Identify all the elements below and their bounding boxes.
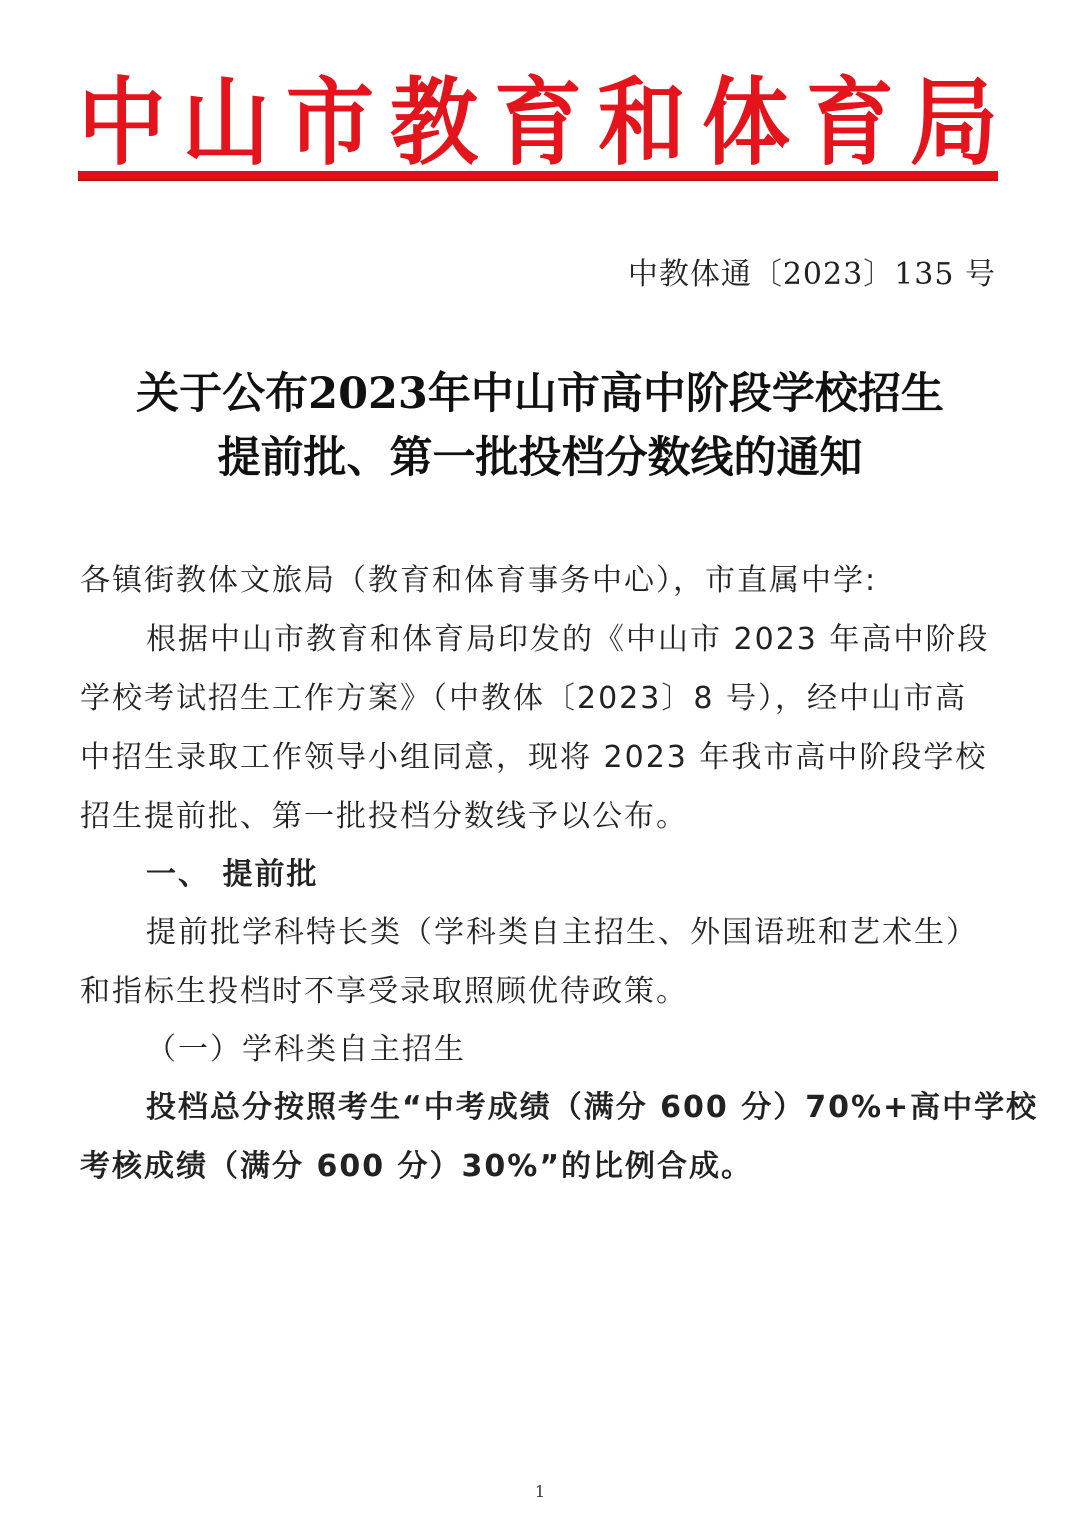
paragraph-2-line: 和指标生投档时不享受录取照顾优待政策。 <box>80 963 688 1021</box>
addressee-line: 各镇街教体文旅局（教育和体育事务中心），市直属中学: <box>80 552 877 610</box>
paragraph-1-line: 中招生录取工作领导小组同意，现将 2023 年我市高中阶段学校 <box>80 729 987 787</box>
masthead-char: 育 <box>494 68 582 176</box>
masthead-char: 育 <box>806 68 894 176</box>
paragraph-1-line: 学校考试招生工作方案》（中教体〔2023〕8 号），经中山市高 <box>80 670 967 728</box>
paragraph-1-line: 招生提前批、第一批投档分数线予以公布。 <box>80 788 688 846</box>
section-heading-advance-batch: 一、 提前批 <box>146 846 318 904</box>
page-number: 1 <box>0 1482 1080 1501</box>
title-line-2: 提前批、第一批投档分数线的通知 <box>80 426 1000 490</box>
paragraph-1-line: 根据中山市教育和体育局印发的《中山市 2023 年高中阶段 <box>146 611 989 669</box>
paragraph-3-line: 投档总分按照考生“中考成绩（满分 600 分）70%+高中学校 <box>146 1079 1038 1137</box>
masthead-char: 和 <box>598 68 686 176</box>
masthead-char: 市 <box>286 68 374 176</box>
masthead-char: 山 <box>182 68 270 176</box>
masthead-char: 教 <box>390 68 478 176</box>
document-title: 关于公布2023年中山市高中阶段学校招生 提前批、第一批投档分数线的通知 <box>80 362 1000 490</box>
paragraph-2-line: 提前批学科特长类（学科类自主招生、外国语班和艺术生） <box>146 904 978 962</box>
document-number: 中教体通〔2023〕135 号 <box>628 252 996 298</box>
masthead-red-rule <box>78 171 998 181</box>
title-line-1: 关于公布2023年中山市高中阶段学校招生 <box>80 362 1000 426</box>
masthead-agency-name: 中 山 市 教 育 和 体 育 局 <box>78 72 998 172</box>
subsection-heading-subject-admission: （一）学科类自主招生 <box>146 1021 466 1079</box>
masthead-char: 体 <box>702 68 790 176</box>
masthead-char: 中 <box>78 68 166 176</box>
masthead-char: 局 <box>910 68 998 176</box>
paragraph-3-line: 考核成绩（满分 600 分）30%”的比例合成。 <box>80 1138 753 1196</box>
